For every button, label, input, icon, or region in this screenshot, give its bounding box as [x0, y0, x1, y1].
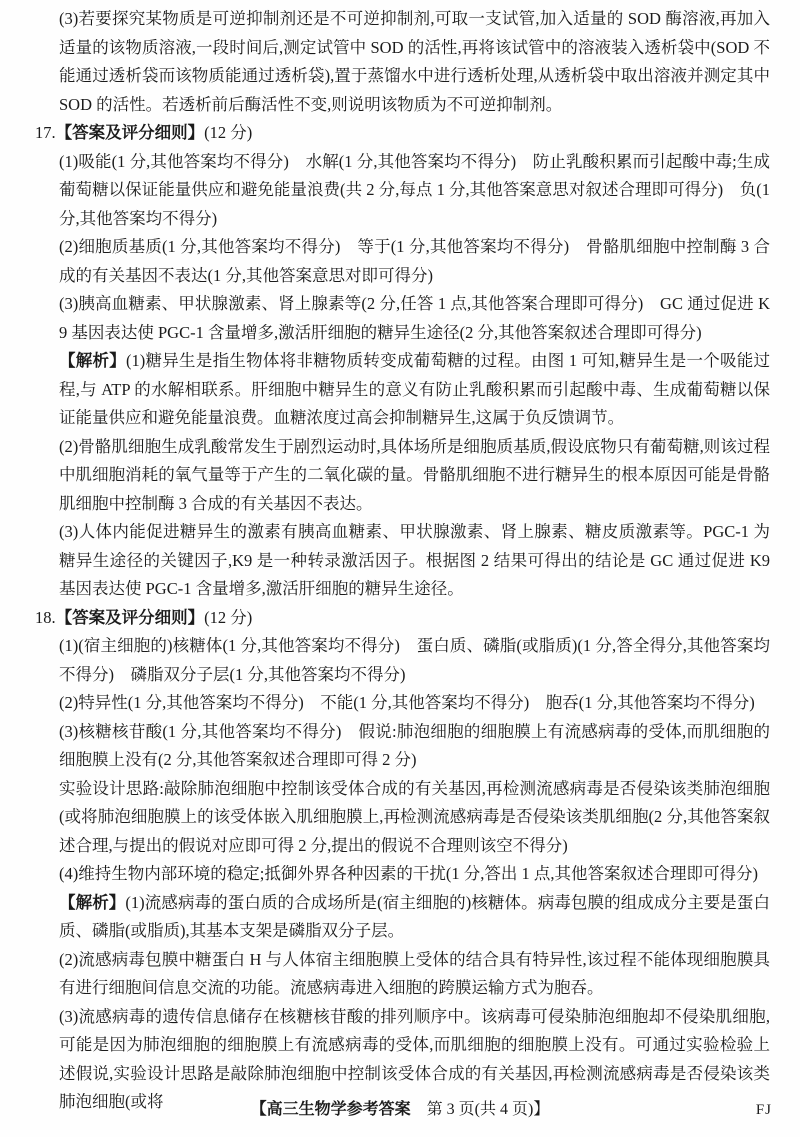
bold-label: 【解析】 [59, 894, 125, 912]
text-run: (2)骨骼肌细胞生成乳酸常发生于剧烈运动时,具体场所是细胞质基质,假设底物只有葡… [59, 437, 770, 513]
text-run: (3)核糖核苷酸(1 分,其他答案均不得分) 假说:肺泡细胞的细胞膜上有流感病毒… [59, 722, 770, 770]
text-run: (3)人体内能促进糖异生的激素有胰高血糖素、甲状腺激素、肾上腺素、糖皮质激素等。… [59, 522, 770, 598]
q18-answer-4: (4)维持生物内部环境的稳定;抵御外界各种因素的干扰(1 分,答出 1 点,其他… [59, 860, 770, 889]
footer-title-line: 【高三生物学参考答案 第 3 页(共 4 页)】 [0, 1099, 800, 1121]
text-run: (3)流感病毒的遗传信息储存在核糖核苷酸的排列顺序中。该病毒可侵染肺泡细胞却不侵… [59, 1007, 770, 1112]
footer-page-indicator: 第 3 页(共 4 页)】 [411, 1101, 550, 1118]
text-run: (3)若要探究某物质是可逆抑制剂还是不可逆抑制剂,可取一支试管,加入适量的 SO… [59, 9, 770, 114]
question-number: 18. [35, 608, 56, 627]
q17-answer-3: (3)胰高血糖素、甲状腺激素、肾上腺素等(2 分,任答 1 点,其他答案合理即可… [59, 290, 770, 347]
q18-analysis-2: (2)流感病毒包膜中糖蛋白 H 与人体宿主细胞膜上受体的结合具有特异性,该过程不… [59, 946, 770, 1003]
text-run: (12 分) [204, 123, 252, 142]
q16-part3-answer: (3)若要探究某物质是可逆抑制剂还是不可逆抑制剂,可取一支试管,加入适量的 SO… [59, 5, 770, 119]
q18-answer-1: (1)(宿主细胞的)核糖体(1 分,其他答案均不得分) 蛋白质、磷脂(或脂质)(… [59, 632, 770, 689]
footer-document-title: 【高三生物学参考答案 [251, 1101, 411, 1118]
answer-key-page: (3)若要探究某物质是可逆抑制剂还是不可逆抑制剂,可取一支试管,加入适量的 SO… [0, 0, 800, 1137]
q17-analysis-1: 【解析】(1)糖异生是指生物体将非糖物质转变成葡萄糖的过程。由图 1 可知,糖异… [59, 347, 770, 433]
text-run: (1)流感病毒的蛋白质的合成场所是(宿主细胞的)核糖体。病毒包膜的组成成分主要是… [59, 893, 770, 941]
q17-analysis-3: (3)人体内能促进糖异生的激素有胰高血糖素、甲状腺激素、肾上腺素、糖皮质激素等。… [59, 518, 770, 604]
text-run: (1)糖异生是指生物体将非糖物质转变成葡萄糖的过程。由图 1 可知,糖异生是一个… [59, 351, 770, 427]
q17-answer-2: (2)细胞质基质(1 分,其他答案均不得分) 等于(1 分,其他答案均不得分) … [59, 233, 770, 290]
q18-answer-2: (2)特异性(1 分,其他答案均不得分) 不能(1 分,其他答案均不得分) 胞吞… [59, 689, 770, 718]
text-run: 实验设计思路:敲除肺泡细胞中控制该受体合成的有关基因,再检测流感病毒是否侵染该类… [59, 779, 770, 855]
text-run: (12 分) [204, 608, 252, 627]
footer-paper-code: FJ [756, 1099, 772, 1121]
text-run: (2)流感病毒包膜中糖蛋白 H 与人体宿主细胞膜上受体的结合具有特异性,该过程不… [59, 950, 770, 998]
text-run: (2)特异性(1 分,其他答案均不得分) 不能(1 分,其他答案均不得分) 胞吞… [59, 693, 755, 712]
text-run: (4)维持生物内部环境的稳定;抵御外界各种因素的干扰(1 分,答出 1 点,其他… [59, 864, 758, 883]
q18-header: 18.【答案及评分细则】(12 分) [59, 604, 770, 633]
page-footer: 【高三生物学参考答案 第 3 页(共 4 页)】 FJ [0, 1099, 800, 1121]
bold-label: 【答案及评分细则】 [56, 609, 205, 627]
text-run: (2)细胞质基质(1 分,其他答案均不得分) 等于(1 分,其他答案均不得分) … [59, 237, 770, 285]
q17-header: 17.【答案及评分细则】(12 分) [59, 119, 770, 148]
answers-content: (3)若要探究某物质是可逆抑制剂还是不可逆抑制剂,可取一支试管,加入适量的 SO… [59, 5, 770, 1117]
question-number: 17. [35, 123, 56, 142]
text-run: (1)(宿主细胞的)核糖体(1 分,其他答案均不得分) 蛋白质、磷脂(或脂质)(… [59, 636, 770, 684]
text-run: (1)吸能(1 分,其他答案均不得分) 水解(1 分,其他答案均不得分) 防止乳… [59, 152, 770, 228]
q18-answer-3-experiment: 实验设计思路:敲除肺泡细胞中控制该受体合成的有关基因,再检测流感病毒是否侵染该类… [59, 775, 770, 861]
q18-answer-3: (3)核糖核苷酸(1 分,其他答案均不得分) 假说:肺泡细胞的细胞膜上有流感病毒… [59, 718, 770, 775]
text-run: (3)胰高血糖素、甲状腺激素、肾上腺素等(2 分,任答 1 点,其他答案合理即可… [59, 294, 770, 342]
bold-label: 【解析】 [59, 352, 126, 370]
bold-label: 【答案及评分细则】 [56, 124, 205, 142]
q18-analysis-1: 【解析】(1)流感病毒的蛋白质的合成场所是(宿主细胞的)核糖体。病毒包膜的组成成… [59, 889, 770, 946]
q17-answer-1: (1)吸能(1 分,其他答案均不得分) 水解(1 分,其他答案均不得分) 防止乳… [59, 148, 770, 234]
q17-analysis-2: (2)骨骼肌细胞生成乳酸常发生于剧烈运动时,具体场所是细胞质基质,假设底物只有葡… [59, 433, 770, 519]
